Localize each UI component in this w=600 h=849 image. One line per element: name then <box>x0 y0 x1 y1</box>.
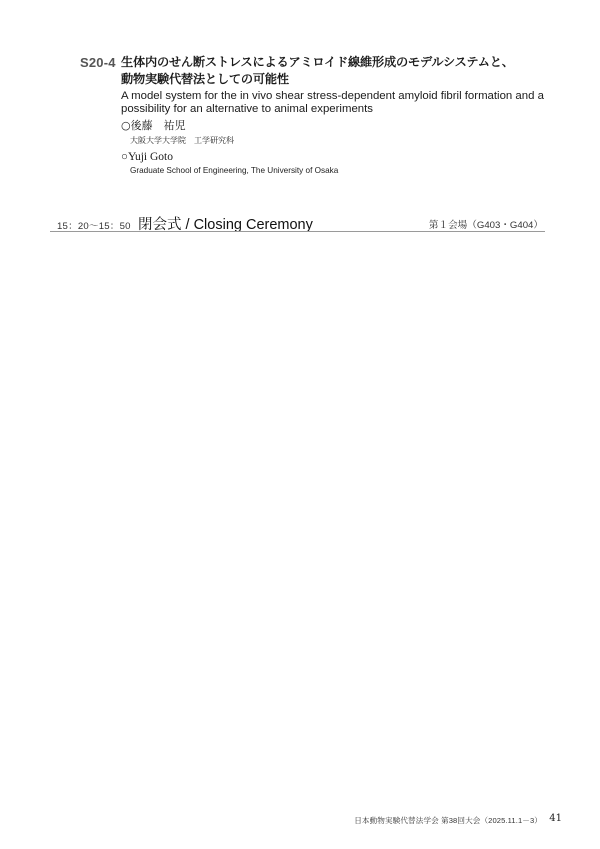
session-title-japanese-line-2: 動物実験代替法としての可能性 <box>121 71 541 88</box>
session-title-english: A model system for the in vivo shear str… <box>121 90 551 116</box>
page-number: 41 <box>549 813 562 824</box>
affiliation-english: Graduate School of Engineering, The Univ… <box>130 165 338 176</box>
session-title-english-line-2: possibility for an alternative to animal… <box>121 103 551 116</box>
affiliation-japanese: 大阪大学大学院 工学研究科 <box>130 135 234 146</box>
session-title-english-line-1: A model system for the in vivo shear str… <box>121 90 551 103</box>
session-title-japanese: 生体内のせん断ストレスによるアミロイド線維形成のモデルシステムと、 動物実験代替… <box>121 54 541 88</box>
section-divider <box>50 231 545 232</box>
closing-time-range: 15：20～15：50 <box>57 218 131 232</box>
closing-venue: 第１会場（G403・G404） <box>429 217 543 231</box>
presenter-name-japanese: ○後藤 祐児 <box>121 119 186 133</box>
footer-conference-name: 日本動物実験代替法学会 第38回大会（2025.11.1－3） <box>354 815 542 826</box>
session-id: S20-4 <box>80 55 116 70</box>
presenter-name-english: ○Yuji Goto <box>121 150 173 164</box>
session-title-japanese-line-1: 生体内のせん断ストレスによるアミロイド線維形成のモデルシステムと、 <box>121 54 541 71</box>
